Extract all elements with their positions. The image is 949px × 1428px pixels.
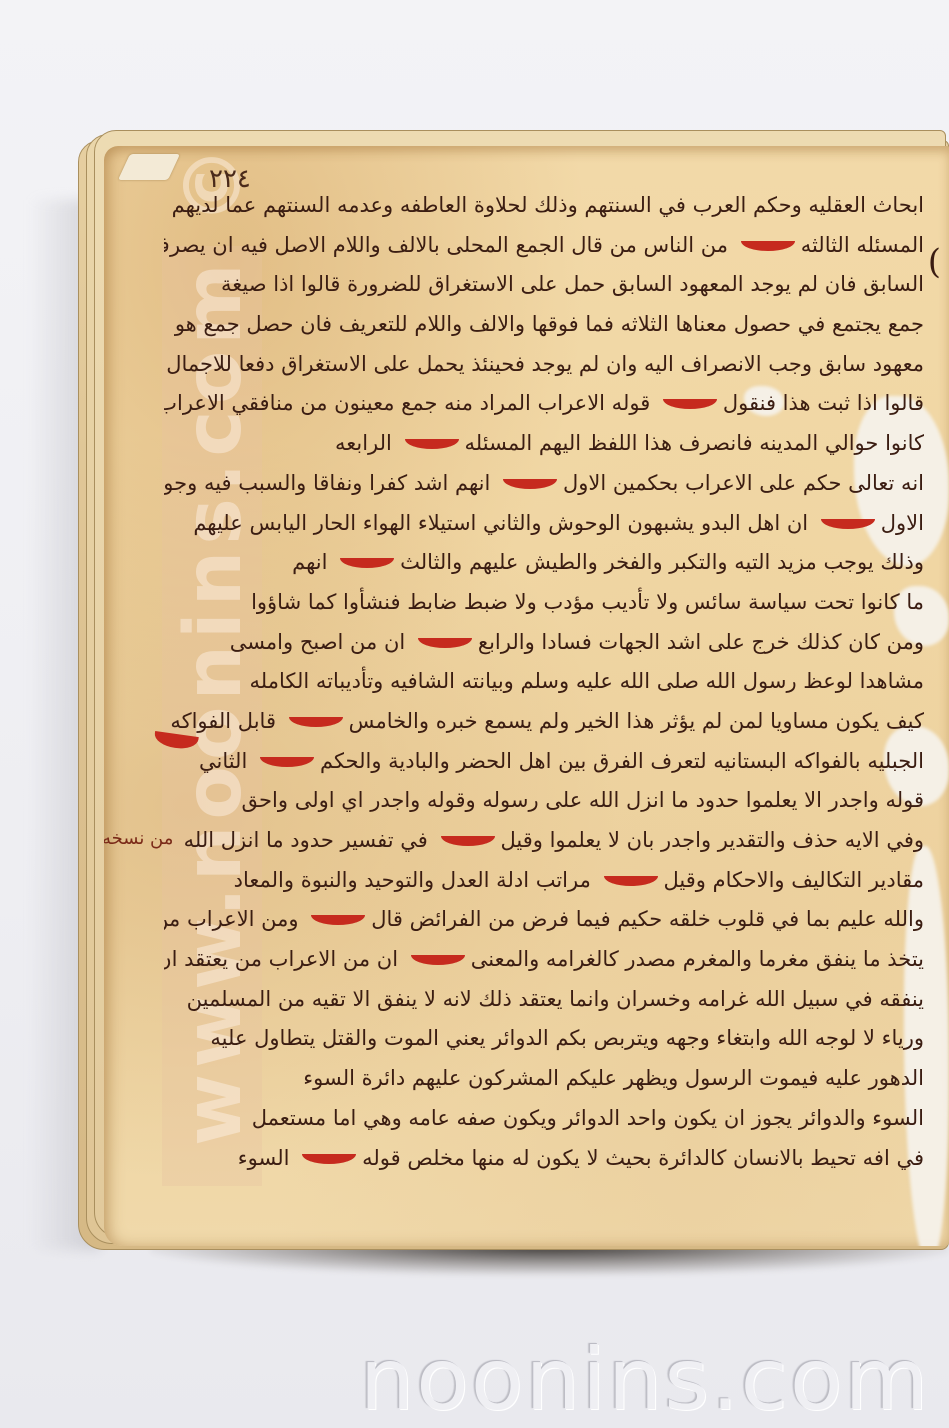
text-line: قوله واجدر الا يعلموا حدود ما انزل الله … <box>164 781 924 821</box>
rubric-mark <box>418 638 472 648</box>
text-line: في افه تحيط بالانسان كالدائرة بحيث لا يك… <box>164 1139 924 1179</box>
text-block: ابحاث العقليه وحكم العرب في السنتهم وذلك… <box>164 186 924 1178</box>
text-line: مشاهدا لوعظ رسول الله صلى الله عليه وسلم… <box>164 662 924 702</box>
rubric-mark <box>289 717 343 727</box>
margin-note-left: من نسخه <box>104 828 173 849</box>
rubric-mark <box>311 915 365 925</box>
rubric-mark <box>340 558 394 568</box>
manuscript-page: www.noonins.com © ٢٢٤ ( من نسخه ابحاث ال… <box>104 146 949 1246</box>
text-line: وذلك يوجب مزيد التيه والتكبر والفخر والط… <box>164 543 924 583</box>
text-line: يتخذ ما ينفق مغرما والمغرم مصدر كالغرامه… <box>164 940 924 980</box>
text-line: والله عليم بما في قلوب خلقه حكيم فيما فر… <box>164 900 924 940</box>
rubric-mark <box>405 439 459 449</box>
text-line: الجبليه بالفواكه البستانيه لتعرف الفرق ب… <box>164 742 924 782</box>
text-line: مقادير التكاليف والاحكام وقيل مراتب ادلة… <box>164 861 924 901</box>
rubric-mark <box>663 399 717 409</box>
text-line: جمع يجتمع في حصول معناها الثلاثه فما فوق… <box>164 305 924 345</box>
text-line: المسئله الثالثه من الناس من قال الجمع ال… <box>164 226 924 266</box>
text-line: كانوا حوالي المدينه فانصرف هذا اللفظ الي… <box>164 424 924 464</box>
text-line: وفي الايه حذف والتقدير واجدر بان لا يعلم… <box>164 821 924 861</box>
text-line: قالوا اذا ثبت هذا فنقول قوله الاعراب الم… <box>164 384 924 424</box>
rubric-mark <box>302 1154 356 1164</box>
text-line: ابحاث العقليه وحكم العرب في السنتهم وذلك… <box>164 186 924 226</box>
rubric-mark <box>503 479 557 489</box>
rubric-mark <box>741 241 795 251</box>
text-line: ومن كان كذلك خرج على اشد الجهات فسادا وا… <box>164 623 924 663</box>
rubric-mark <box>260 757 314 767</box>
text-line: الاول ان اهل البدو يشبهون الوحوش والثاني… <box>164 504 924 544</box>
text-line: كيف يكون مساويا لمن لم يؤثر هذا الخير ول… <box>164 702 924 742</box>
text-line: الدهور عليه فيموت الرسول ويظهر عليكم الم… <box>164 1059 924 1099</box>
margin-mark-right: ( <box>928 242 941 282</box>
text-line: السابق فان لم يوجد المعهود السابق حمل عل… <box>164 265 924 305</box>
text-line: انه تعالى حكم على الاعراب بحكمين الاول ا… <box>164 464 924 504</box>
text-line: ورياء لا لوجه الله وابتغاء وجهه ويتربص ب… <box>164 1019 924 1059</box>
text-line: ما كانوا تحت سياسة سائس ولا تأديب مؤدب و… <box>164 583 924 623</box>
text-line: معهود سابق وجب الانصراف اليه وان لم يوجد… <box>164 345 924 385</box>
rubric-mark <box>441 836 495 846</box>
rubric-mark <box>411 955 465 965</box>
rubric-mark <box>604 876 658 886</box>
text-line: ينفقه في سبيل الله غرامه وخسران وانما يع… <box>164 980 924 1020</box>
watermark-bottom: noonins.com <box>340 1330 949 1428</box>
rubric-mark <box>821 519 875 529</box>
text-line: السوء والدوائر يجوز ان يكون واحد الدوائر… <box>164 1099 924 1139</box>
